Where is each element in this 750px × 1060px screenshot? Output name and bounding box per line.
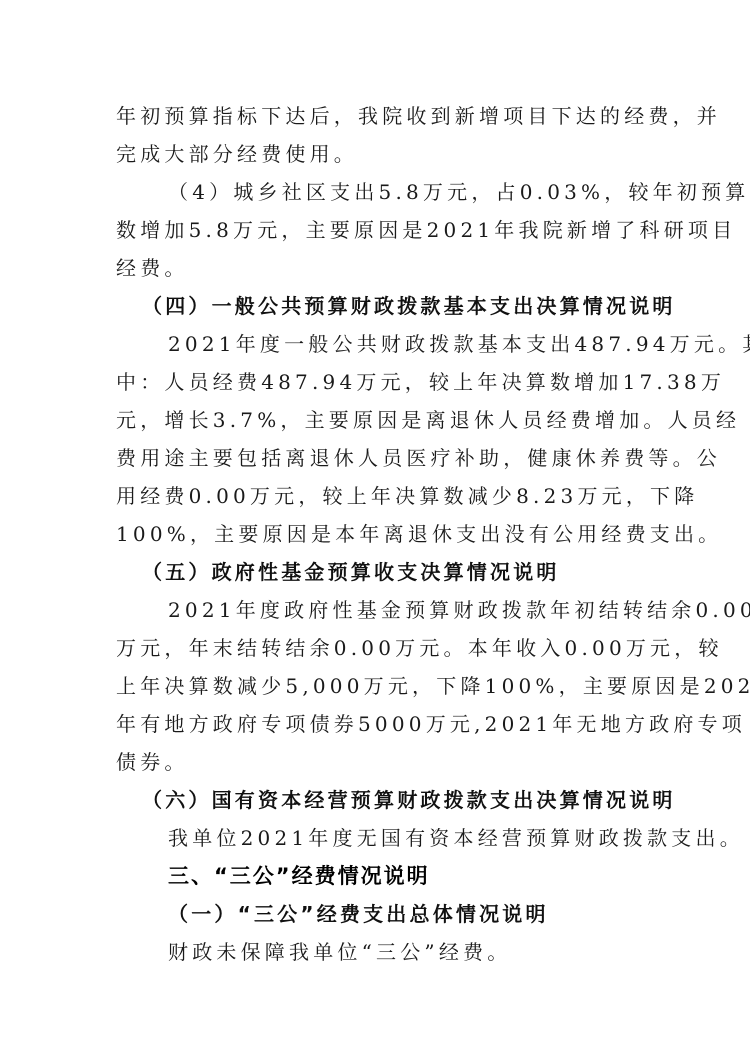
paragraph-line: 元，增长3.7%，主要原因是离退休人员经费增加。人员经 xyxy=(116,401,638,439)
chapter-heading-3: 三、“三公”经费情况说明 xyxy=(116,857,638,895)
section-heading-6: （六）国有资本经营预算财政拨款支出决算情况说明 xyxy=(116,781,638,819)
paragraph-line: 我单位2021年度无国有资本经营预算财政拨款支出。 xyxy=(116,819,638,857)
paragraph-line: 年有地方政府专项债券5000万元,2021年无地方政府专项 xyxy=(116,705,638,743)
section-heading-5: （五）政府性基金预算收支决算情况说明 xyxy=(116,553,638,591)
document-page: 年初预算指标下达后，我院收到新增项目下达的经费，并 完成大部分经费使用。 （4）… xyxy=(0,0,750,1060)
paragraph-line: 年初预算指标下达后，我院收到新增项目下达的经费，并 xyxy=(116,97,638,135)
document-body: 年初预算指标下达后，我院收到新增项目下达的经费，并 完成大部分经费使用。 （4）… xyxy=(116,97,638,971)
paragraph-line: 万元，年末结转结余0.00万元。本年收入0.00万元，较 xyxy=(116,629,638,667)
paragraph-line: 经费。 xyxy=(116,249,638,287)
paragraph-line: （4）城乡社区支出5.8万元，占0.03%，较年初预算 xyxy=(116,173,638,211)
paragraph-line: 财政未保障我单位“三公”经费。 xyxy=(116,933,638,971)
section-heading-4: （四）一般公共预算财政拨款基本支出决算情况说明 xyxy=(116,287,638,325)
paragraph-line: 2021年度一般公共财政拨款基本支出487.94万元。其 xyxy=(116,325,638,363)
paragraph-line: 债券。 xyxy=(116,743,638,781)
paragraph-line: 完成大部分经费使用。 xyxy=(116,135,638,173)
paragraph-line: 2021年度政府性基金预算财政拨款年初结转结余0.00 xyxy=(116,591,638,629)
paragraph-line: 数增加5.8万元，主要原因是2021年我院新增了科研项目 xyxy=(116,211,638,249)
paragraph-line: 用经费0.00万元，较上年决算数减少8.23万元，下降 xyxy=(116,477,638,515)
paragraph-line: 100%，主要原因是本年离退休支出没有公用经费支出。 xyxy=(116,515,638,553)
paragraph-line: 中：人员经费487.94万元，较上年决算数增加17.38万 xyxy=(116,363,638,401)
section-heading-3-1: （一）“三公”经费支出总体情况说明 xyxy=(116,895,638,933)
paragraph-line: 费用途主要包括离退休人员医疗补助，健康休养费等。公 xyxy=(116,439,638,477)
paragraph-line: 上年决算数减少5,000万元，下降100%，主要原因是2020 xyxy=(116,667,638,705)
